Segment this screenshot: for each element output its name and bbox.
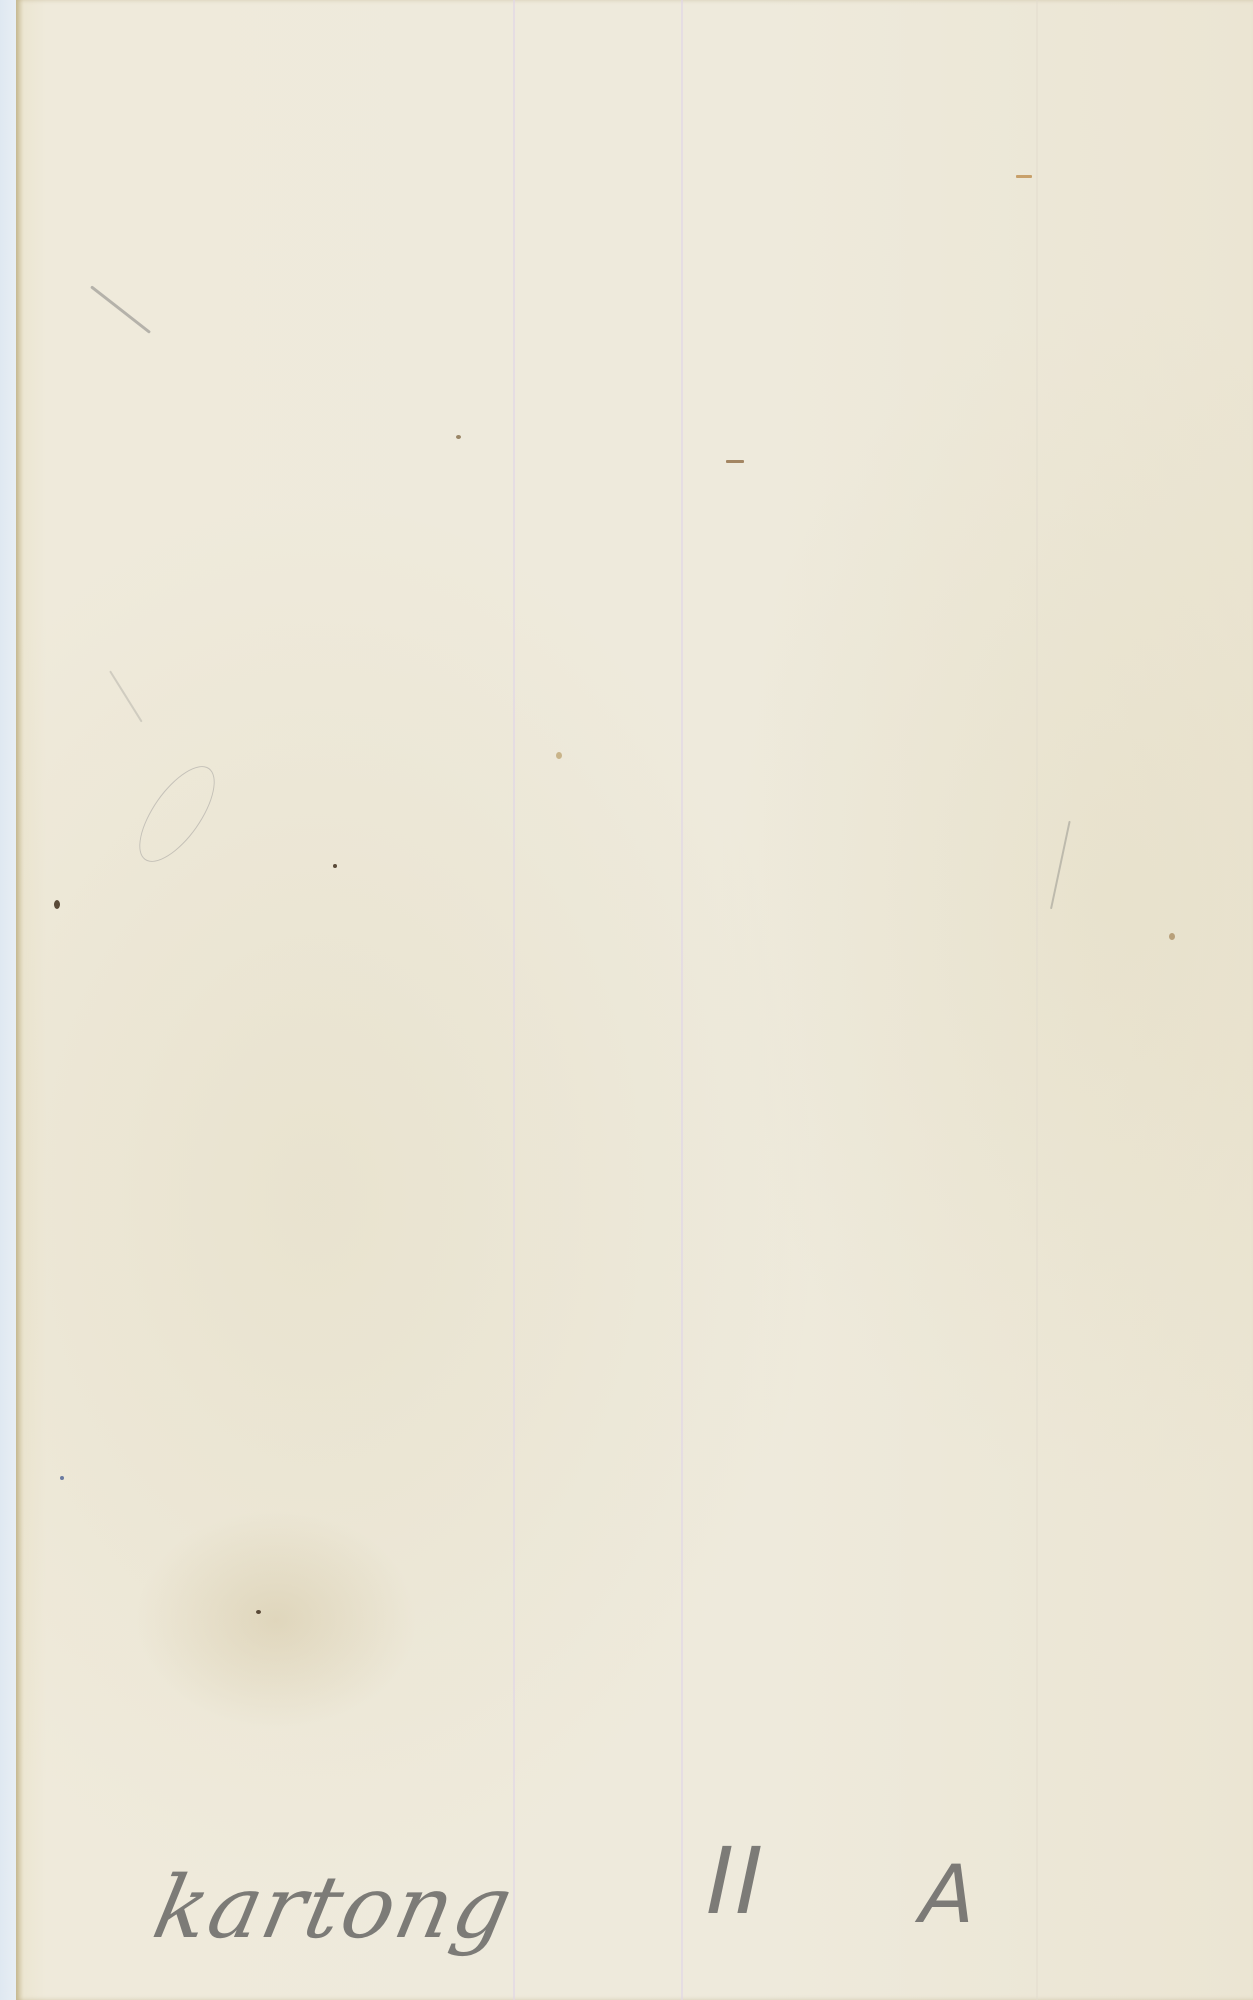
paper-speck [1016,175,1032,178]
paper-crease-line [681,0,683,2000]
paper-crease-line [1036,0,1038,2000]
pencil-mark [90,285,151,334]
paper-speck [556,752,562,759]
paper-crease-line [513,0,515,2000]
handwritten-roman-numeral: II [695,1828,776,1935]
paper-card: kartong II A [16,0,1253,2000]
paper-speck [1169,933,1175,940]
paper-speck [333,864,337,868]
pencil-mark [1050,821,1071,909]
pencil-oval-mark [125,754,229,873]
paper-speck [256,1610,261,1614]
paper-speck [456,435,461,439]
handwritten-letter: A [909,1848,989,1941]
pencil-mark [109,670,142,722]
paper-speck [60,1476,64,1480]
handwritten-word: kartong [145,1858,522,1958]
paper-speck [54,900,60,909]
paper-speck [726,460,744,463]
